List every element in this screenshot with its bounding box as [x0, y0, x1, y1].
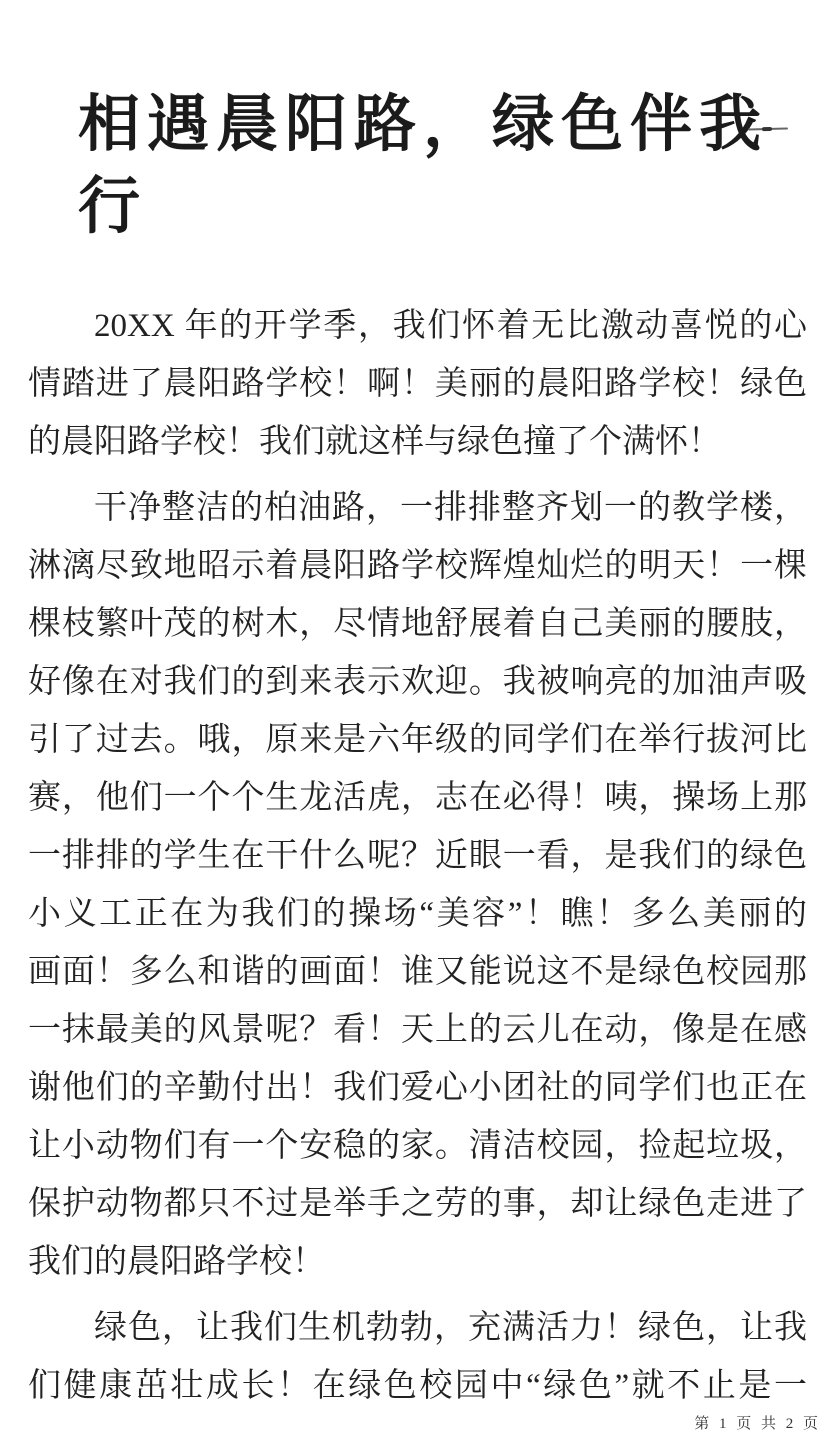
document-body: 20XX 年的开学季，我们怀着无比激动喜悦的心情踏进了晨阳路学校！啊！美丽的晨阳… — [28, 297, 807, 1423]
document-title: 相遇晨阳路，绿色伴我行 — [78, 84, 818, 248]
body-line: 淋漓尽致地昭示着晨阳路学校辉煌灿烂的明天！一棵 — [28, 537, 807, 595]
body-line: 一抹最美的风景呢？看！天上的云儿在动，像是在感 — [28, 1001, 807, 1059]
body-line: 一排排的学生在干什么呢？近眼一看，是我们的绿色 — [28, 827, 807, 885]
paragraph: 20XX 年的开学季，我们怀着无比激动喜悦的心情踏进了晨阳路学校！啊！美丽的晨阳… — [28, 297, 807, 471]
body-line: 们健康茁壮成长！在绿色校园中“绿色”就不止是一 — [28, 1357, 807, 1415]
body-line: 绿色，让我们生机勃勃，充满活力！绿色，让我 — [28, 1299, 807, 1357]
body-line: 的晨阳路学校！我们就这样与绿色撞了个满怀！ — [28, 413, 807, 471]
body-line: 谢他们的辛勤付出！我们爱心小团社的同学们也正在 — [28, 1059, 807, 1117]
body-line: 让小动物们有一个安稳的家。清洁校园，捡起垃圾， — [28, 1117, 807, 1175]
title-line: 行 — [78, 166, 818, 248]
body-line: 小义工正在为我们的操场“美容”！瞧！多么美丽的 — [28, 885, 807, 943]
body-line: 情踏进了晨阳路学校！啊！美丽的晨阳路学校！绿色 — [28, 355, 807, 413]
document-page: 相遇晨阳路，绿色伴我行 20XX 年的开学季，我们怀着无比激动喜悦的心情踏进了晨… — [0, 0, 835, 1443]
body-line: 我们的晨阳路学校！ — [28, 1233, 807, 1291]
footer: 第 1 页 共 2 页 — [694, 1412, 821, 1433]
body-line: 棵枝繁叶茂的树木，尽情地舒展着自己美丽的腰肢， — [28, 595, 807, 653]
body-line: 20XX 年的开学季，我们怀着无比激动喜悦的心 — [28, 297, 807, 355]
body-line: 干净整洁的柏油路，一排排整齐划一的教学楼， — [28, 479, 807, 537]
paragraph: 干净整洁的柏油路，一排排整齐划一的教学楼，淋漓尽致地昭示着晨阳路学校辉煌灿烂的明… — [28, 479, 807, 1291]
paragraph: 绿色，让我们生机勃勃，充满活力！绿色，让我们健康茁壮成长！在绿色校园中“绿色”就… — [28, 1299, 807, 1415]
title-line: 相遇晨阳路，绿色伴我 — [78, 84, 818, 166]
body-line: 好像在对我们的到来表示欢迎。我被响亮的加油声吸 — [28, 653, 807, 711]
body-line: 保护动物都只不过是举手之劳的事，却让绿色走进了 — [28, 1175, 807, 1233]
body-line: 画面！多么和谐的画面！谁又能说这不是绿色校园那 — [28, 943, 807, 1001]
body-line: 赛，他们一个个生龙活虎，志在必得！咦，操场上那 — [28, 769, 807, 827]
page-number-label: 第 1 页 共 2 页 — [694, 1416, 821, 1432]
body-line: 引了过去。哦，原来是六年级的同学们在举行拔河比 — [28, 711, 807, 769]
